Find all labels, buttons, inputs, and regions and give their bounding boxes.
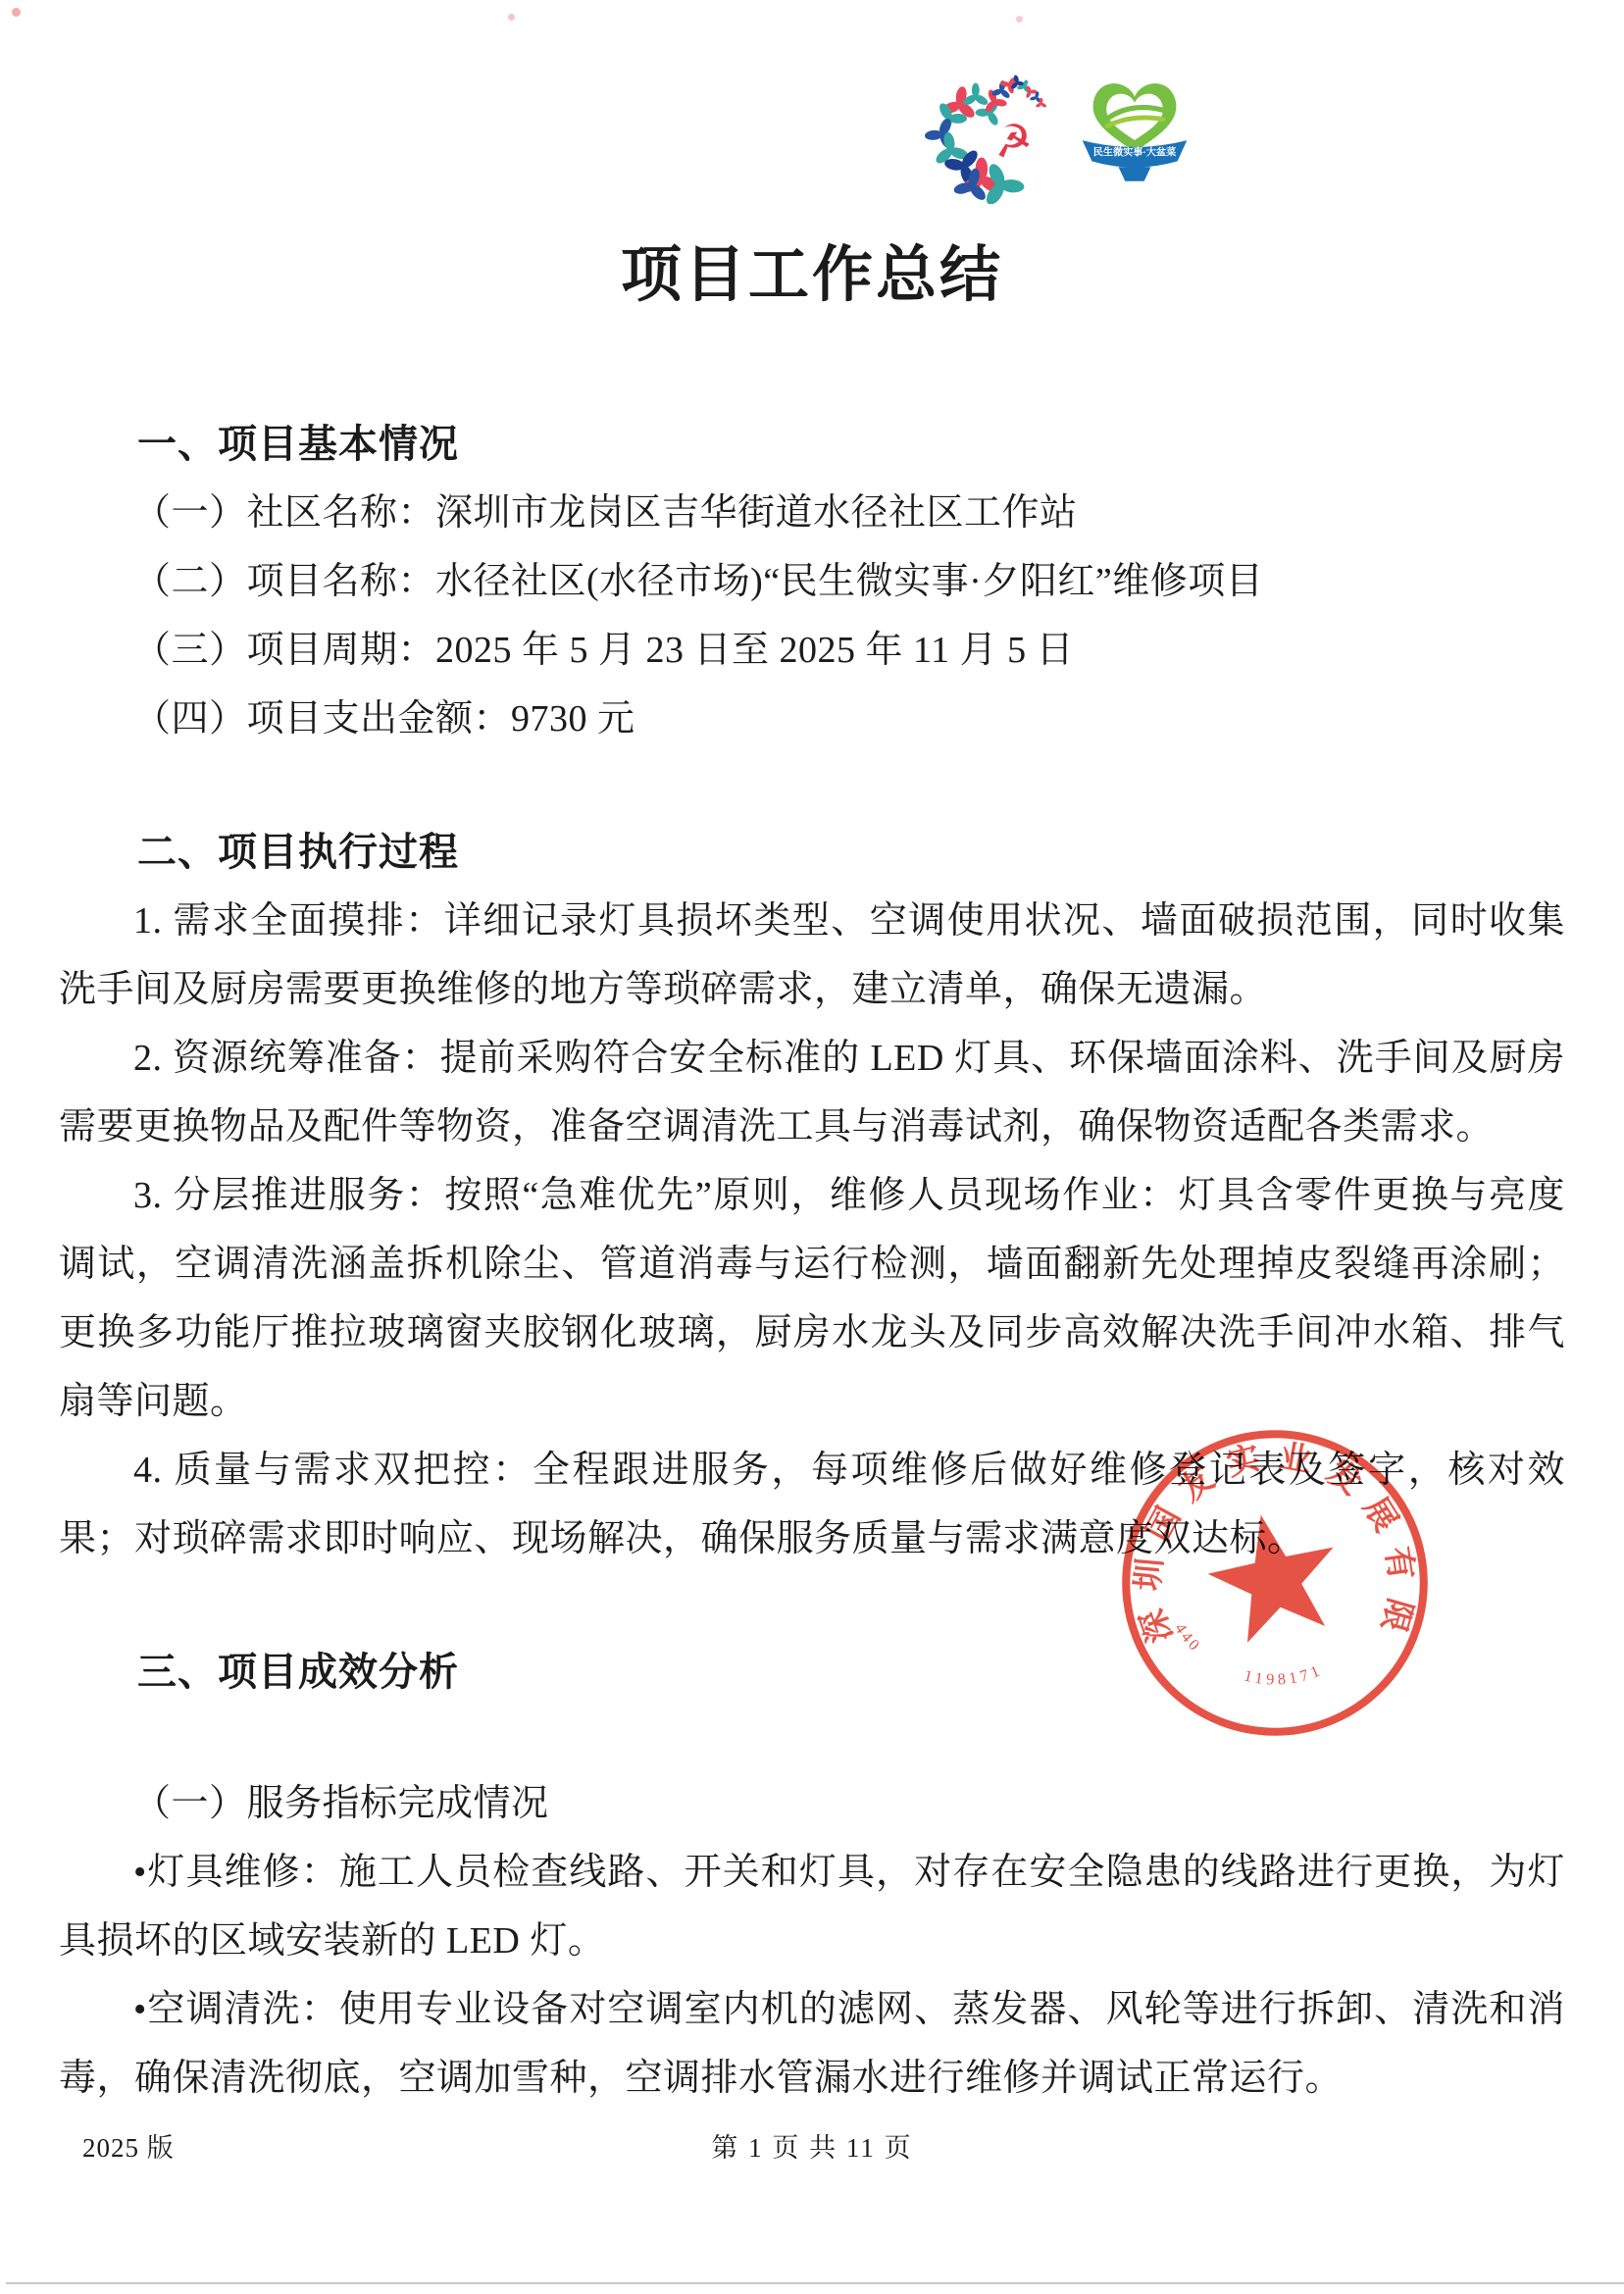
section-heading-basic-info: 一、项目基本情况 [59, 410, 1565, 479]
basic-item-project-period: （三）项目周期：2025 年 5 月 23 日至 2025 年 11 月 5 日 [59, 616, 1565, 685]
execution-para-2: 2. 资源统筹准备：提前采购符合安全标准的 LED 灯具、环保墙面涂料、洗手间及… [59, 1024, 1565, 1161]
scan-speck [12, 8, 21, 17]
seal-serial-number: 1198171 [1243, 1661, 1326, 1688]
svg-text:1198171: 1198171 [1243, 1661, 1326, 1688]
bowl-foot [1119, 167, 1151, 181]
company-seal-stamp: 深圳国友实业发展有限公司 440 1198171 [1106, 1414, 1444, 1752]
page-title: 项目工作总结 [0, 0, 1624, 313]
footer-page-number: 第 1 页 共 11 页 [0, 2126, 1624, 2165]
outcome-bullet-lighting: •灯具维修：施工人员检查线路、开关和灯具，对存在安全隐患的线路进行更换，为灯具损… [59, 1838, 1565, 1975]
hammer-sickle-icon: ☭ [990, 113, 1036, 169]
document-page: ☭ 民生微实事·大盆菜 项目工作总结 一、项目基本情况 （一）社区名称：深圳市龙… [0, 0, 1624, 2294]
execution-para-1: 1. 需求全面摸排：详细记录灯具损坏类型、空调使用状况、墙面破损范围，同时收集洗… [59, 887, 1565, 1024]
header-logos: ☭ 民生微实事·大盆菜 [910, 55, 1196, 204]
outcome-bullet-aircon: •空调清洗：使用专业设备对空调室内机的滤网、蒸发器、风轮等进行拆卸、清洗和消毒，… [59, 1975, 1565, 2113]
party-emblem-flower-heart-icon: ☭ [910, 55, 1069, 204]
document-body: 一、项目基本情况 （一）社区名称：深圳市龙岗区吉华街道水径社区工作站 （二）项目… [0, 410, 1624, 2113]
minsheng-bowl-heart-icon: 民生微实事·大盆菜 [1073, 67, 1196, 188]
basic-item-project-name: （二）项目名称：水径社区(水径市场)“民生微实事·夕阳红”维修项目 [59, 547, 1565, 616]
bowl-banner-text: 民生微实事·大盆菜 [1093, 146, 1177, 159]
scan-speck [508, 14, 515, 21]
execution-para-3: 3. 分层推进服务：按照“急难优先”原则，维修人员现场作业：灯具含零件更换与亮度… [59, 1161, 1565, 1436]
section-heading-execution: 二、项目执行过程 [59, 818, 1565, 887]
outcome-subheading: （一）服务指标完成情况 [59, 1769, 1565, 1838]
basic-item-community-name: （一）社区名称：深圳市龙岗区吉华街道水径社区工作站 [59, 479, 1565, 547]
scan-speck [1016, 16, 1023, 23]
seal-star-icon [1198, 1502, 1349, 1648]
scan-artifact-line [6, 2282, 1624, 2284]
basic-item-project-expense: （四）项目支出金额：9730 元 [59, 685, 1565, 753]
